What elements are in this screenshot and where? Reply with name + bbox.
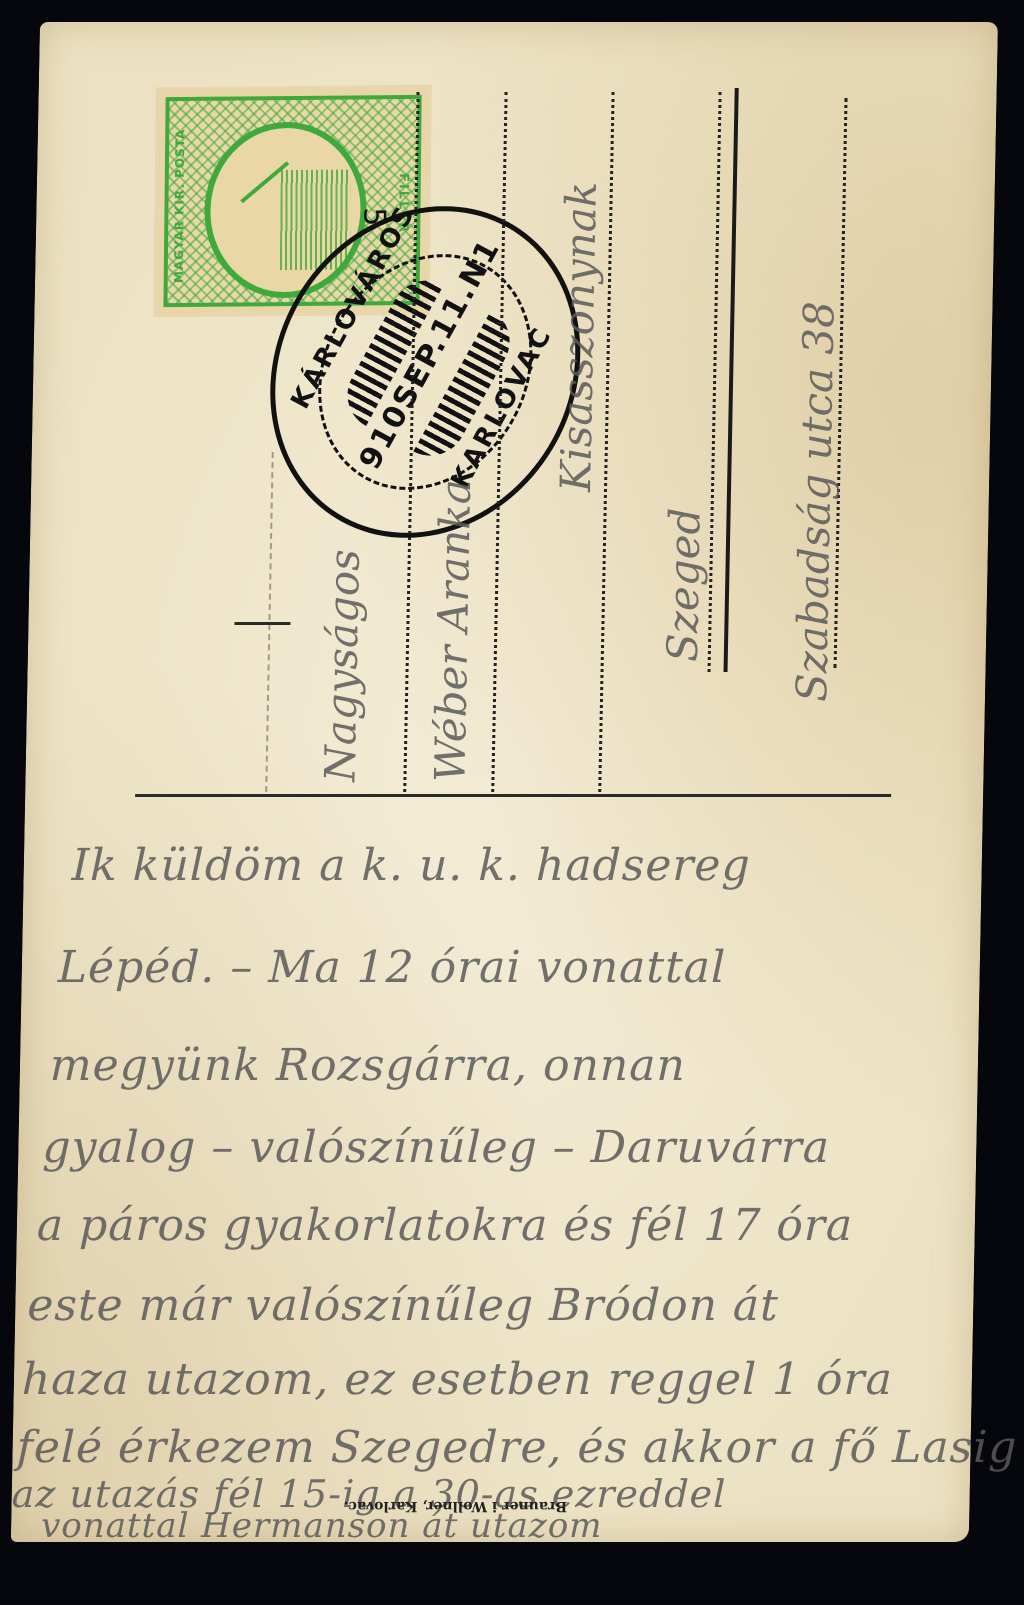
message-line: haza utazom, ez esetben reggel 1 óra: [21, 1354, 893, 1405]
message-line: Ik küldöm a k. u. k. hadsereg: [71, 840, 751, 891]
postcard: MAGYAR KIR. POSTA 5 FILLÉR KÁRLOVÁROS 91…: [11, 22, 998, 1542]
address-guide-line: [708, 92, 722, 672]
printer-imprint: Brauner i Wollner, Karlovac.: [343, 1498, 567, 1514]
address-line: Kisasszonynak: [551, 182, 606, 492]
message-line: felé érkezem Szegedre, és akkor a fő Las…: [16, 1422, 1018, 1473]
message-line: este már valószínűleg Bródon át: [27, 1280, 779, 1331]
message-line: a páros gyakorlatokra és fél 17 óra: [36, 1200, 853, 1251]
message-line: Lépéd. – Ma 12 órai vonattal: [57, 942, 726, 993]
address-line: Wéber Aranka: [425, 479, 480, 782]
address-line: Szeged: [658, 508, 710, 662]
address-divider-line: [724, 88, 739, 672]
message-line: megyünk Rozsgárra, onnan: [49, 1040, 686, 1091]
message-line: gyalog – valószínűleg – Daruvárra: [42, 1122, 831, 1173]
stamp-country-text: MAGYAR KIR. POSTA: [172, 111, 196, 301]
message-divider-rule: [135, 794, 891, 797]
dash-mark: [234, 622, 290, 625]
address-line: Nagyságos: [315, 549, 368, 782]
address-line: Szabadság utca 38: [787, 301, 844, 702]
